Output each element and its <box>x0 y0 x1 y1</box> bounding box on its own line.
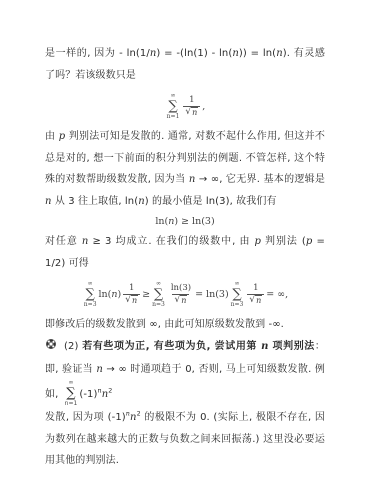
display-formula-sum-inequality-chain: ∞∑n=3ln(n)1√n ≥ ∞∑n=3ln(3)√n = ln(3) ∞∑n… <box>45 281 325 308</box>
sum-operator: ∞∑n=1 <box>167 93 180 120</box>
paragraph-for-all-n: 对任意 n ≥ 3 均成立. 在我们的级数中, 由 p 判别法 (p = 1/2… <box>45 231 325 274</box>
radical: √n <box>125 295 138 306</box>
fraction: ln(3)√n <box>169 283 193 306</box>
paragraph-oscillation-explanation: 发散, 因为项 (-1)nn2 的极限不为 0. (实际上, 极限不存在, 因为… <box>45 407 325 472</box>
document-page: 是一样的, 因为 - ln(1/n) = -(ln(1) - ln(n)) = … <box>0 0 370 472</box>
lifebuoy-icon <box>45 337 57 359</box>
paragraph-intro: 是一样的, 因为 - ln(1/n) = -(ln(1) - ln(n)) = … <box>45 43 325 86</box>
sum-operator: ∞∑n=1 <box>65 380 78 407</box>
item-2-text: (2) 若有些项为正, 有些项为负, 尝试用第 n 项判别法：即, 验证当 n … <box>45 341 325 400</box>
paragraph-p-test-discussion: 由 p 判别法可知是发散的. 通常, 对数不起什么作用, 但这并不总是对的, 想… <box>45 126 325 212</box>
fraction: 1√n <box>123 283 140 306</box>
sum-operator: ∞∑n=3 <box>231 281 244 308</box>
display-formula-sum-1-over-sqrt-n: ∞∑n=11√n, <box>45 93 325 120</box>
display-formula-ln-inequality: ln(n) ≥ ln(3) <box>45 216 325 227</box>
radical: √n <box>249 295 262 306</box>
fraction: 1√n <box>247 283 264 306</box>
sum-operator: ∞∑n=3 <box>84 281 97 308</box>
fraction: 1√n <box>183 95 200 118</box>
paragraph-item-2-nth-term-test: (2) 若有些项为正, 有些项为负, 尝试用第 n 项判别法：即, 验证当 n … <box>45 336 325 408</box>
sum-operator: ∞∑n=3 <box>152 281 165 308</box>
paragraph-conclusion-divergence: 即修改后的级数发散到 ∞, 由此可知原级数发散到 -∞. <box>45 314 325 336</box>
radical: √n <box>174 295 187 306</box>
radical: √n <box>185 107 198 118</box>
